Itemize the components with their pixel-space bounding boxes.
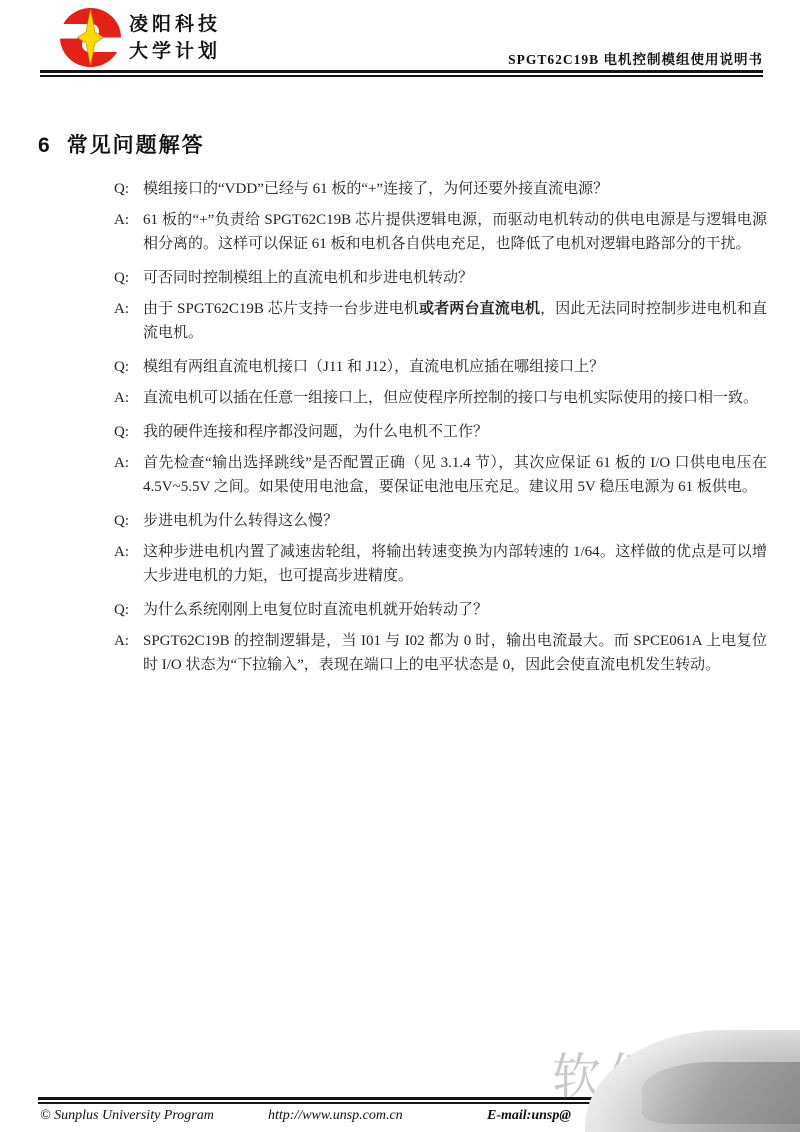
answer-text: 由于 SPGT62C19B 芯片支持一台步进电机或者两台直流电机，因此无法同时控… [143,297,767,345]
answer: A: 61 板的“+”负责给 SPGT62C19B 芯片提供逻辑电源，而驱动电机… [114,208,767,256]
answer-text-bold: 或者两台直流电机 [419,301,540,317]
answer-text: 这种步进电机内置了减速齿轮组，将输出转速变换为内部转速的 1/64。这样做的优点… [143,540,767,588]
question-text: 我的硬件连接和程序都没问题，为什么电机不工作？ [143,420,767,444]
document-page: 凌阳科技 大学计划 SPGT62C19B 电机控制模组使用说明书 6常见问题解答… [0,0,800,1132]
scan-smudge-core [642,1062,800,1124]
answer-text-pre: 由于 SPGT62C19B 芯片支持一台步进电机 [143,301,419,317]
answer-text: 直流电机可以插在任意一组接口上，但应使程序所控制的接口与电机实际使用的接口相一致… [143,386,767,410]
question: Q: 可否同时控制模组上的直流电机和步进电机转动？ [114,266,767,290]
answer: A: 由于 SPGT62C19B 芯片支持一台步进电机或者两台直流电机，因此无法… [114,297,767,345]
question-text: 模组接口的“VDD”已经与 61 板的“+”连接了，为何还要外接直流电源？ [143,177,767,201]
footer-copyright: © Sunplus University Program [40,1108,214,1124]
question-text: 可否同时控制模组上的直流电机和步进电机转动？ [143,266,767,290]
footer-email: E-mail:unsp@ [487,1108,571,1124]
answer: A: 直流电机可以插在任意一组接口上，但应使程序所控制的接口与电机实际使用的接口… [114,386,767,410]
question: Q: 我的硬件连接和程序都没问题，为什么电机不工作？ [114,420,767,444]
section-title: 常见问题解答 [67,134,205,157]
q-label: Q: [114,266,143,290]
sunplus-logo-icon [57,7,124,68]
a-label: A: [114,540,143,588]
q-label: Q: [114,355,143,379]
q-label: Q: [114,177,143,201]
brand-text: 凌阳科技 大学计划 [129,11,221,65]
a-label: A: [114,297,143,345]
a-label: A: [114,208,143,256]
answer-text: SPGT62C19B 的控制逻辑是，当 I01 与 I02 都为 0 时，输出电… [143,629,767,677]
document-title: SPGT62C19B 电机控制模组使用说明书 [508,48,763,68]
answer: A: 首先检查“输出选择跳线”是否配置正确（见 3.1.4 节），其次应保证 6… [114,451,767,499]
q-label: Q: [114,509,143,533]
question: Q: 模组有两组直流电机接口（J11 和 J12），直流电机应插在哪组接口上？ [114,355,767,379]
faq-list: Q: 模组接口的“VDD”已经与 61 板的“+”连接了，为何还要外接直流电源？… [0,177,800,687]
q-label: Q: [114,598,143,622]
answer: A: SPGT62C19B 的控制逻辑是，当 I01 与 I02 都为 0 时，… [114,629,767,677]
brand-line2: 大学计划 [129,38,221,65]
a-label: A: [114,451,143,499]
q-label: Q: [114,420,143,444]
question: Q: 模组接口的“VDD”已经与 61 板的“+”连接了，为何还要外接直流电源？ [114,177,767,201]
question-text: 步进电机为什么转得这么慢？ [143,509,767,533]
question-text: 模组有两组直流电机接口（J11 和 J12），直流电机应插在哪组接口上？ [143,355,767,379]
question: Q: 为什么系统刚刚上电复位时直流电机就开始转动了？ [114,598,767,622]
question-text: 为什么系统刚刚上电复位时直流电机就开始转动了？ [143,598,767,622]
a-label: A: [114,629,143,677]
question: Q: 步进电机为什么转得这么慢？ [114,509,767,533]
footer-url: http://www.unsp.com.cn [268,1108,403,1124]
answer-text: 61 板的“+”负责给 SPGT62C19B 芯片提供逻辑电源，而驱动电机转动的… [143,208,767,256]
answer-text: 首先检查“输出选择跳线”是否配置正确（见 3.1.4 节），其次应保证 61 板… [143,451,767,499]
a-label: A: [114,386,143,410]
answer: A: 这种步进电机内置了减速齿轮组，将输出转速变换为内部转速的 1/64。这样做… [114,540,767,588]
section-number: 6 [38,134,50,157]
header-rule [40,70,763,77]
section-heading: 6常见问题解答 [38,129,205,159]
brand-line1: 凌阳科技 [129,11,221,38]
